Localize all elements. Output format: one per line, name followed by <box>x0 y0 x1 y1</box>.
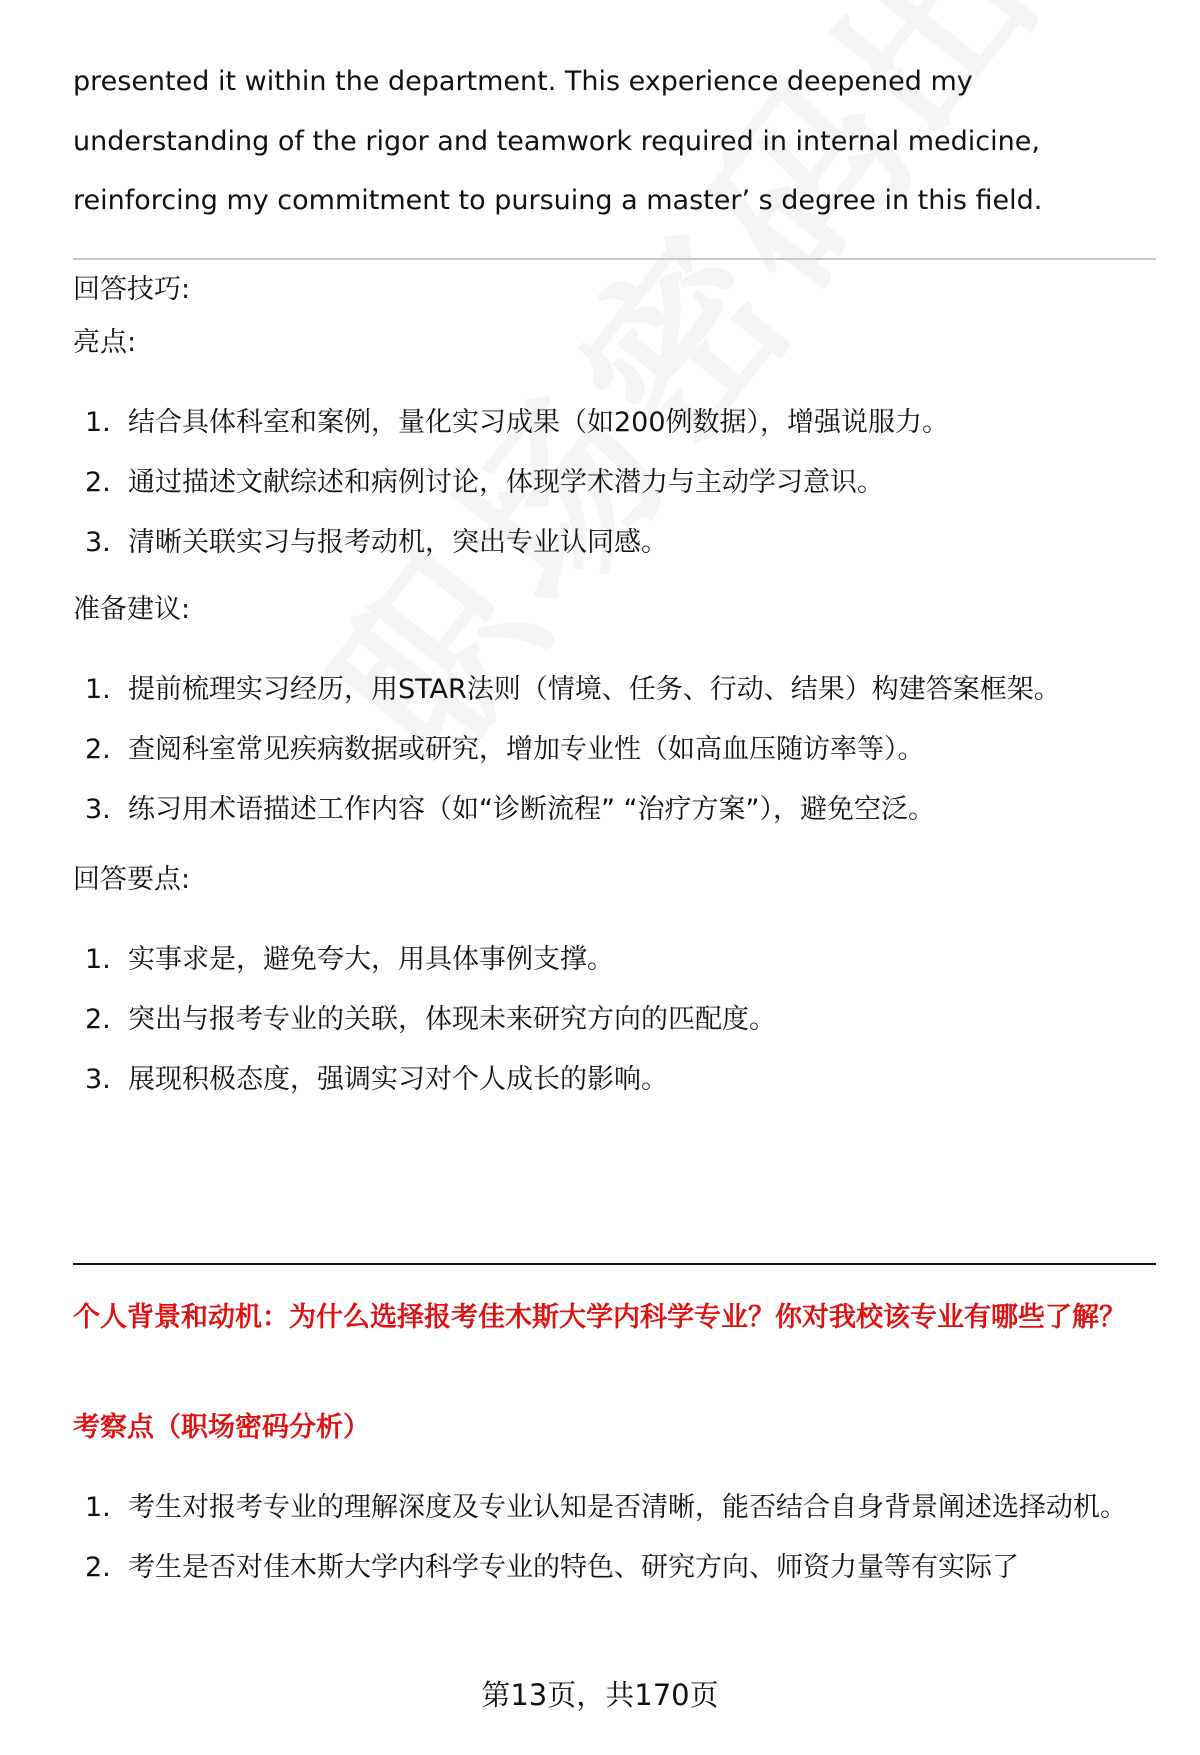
list-item: 3. 清晰关联实习与报考动机，突出专业认同感。 <box>73 513 1158 573</box>
list-number: 3. <box>85 1050 111 1110</box>
list-item-text: 清晰关联实习与报考动机，突出专业认同感。 <box>128 513 1158 573</box>
question-divider <box>73 1263 1156 1265</box>
preparation-label: 准备建议: <box>73 590 190 630</box>
list-item-text: 结合具体科室和案例，量化实习成果（如200例数据），增强说服力。 <box>128 393 1158 453</box>
list-item-text: 展现积极态度，强调实习对个人成长的影响。 <box>128 1050 1158 1110</box>
list-item: 3. 练习用术语描述工作内容（如“诊断流程” “治疗方案”），避免空泛。 <box>73 780 1158 840</box>
list-number: 2. <box>85 720 111 780</box>
list-item-text: 突出与报考专业的关联，体现未来研究方向的匹配度。 <box>128 990 1158 1050</box>
assessment-heading: 考察点（职场密码分析） <box>73 1408 370 1448</box>
list-item-text: 练习用术语描述工作内容（如“诊断流程” “治疗方案”），避免空泛。 <box>128 780 1158 840</box>
highlights-list: 1. 结合具体科室和案例，量化实习成果（如200例数据），增强说服力。 2. 通… <box>73 393 1158 573</box>
assessment-list: 1. 考生对报考专业的理解深度及专业认知是否清晰，能否结合自身背景阐述选择动机。… <box>73 1478 1158 1598</box>
section-divider <box>73 258 1156 260</box>
list-item: 1. 提前梳理实习经历，用STAR法则（情境、任务、行动、结果）构建答案框架。 <box>73 660 1158 720</box>
continued-paragraph: presented it within the department. This… <box>73 52 1163 231</box>
list-item: 2. 突出与报考专业的关联，体现未来研究方向的匹配度。 <box>73 990 1158 1050</box>
list-number: 2. <box>85 1538 111 1598</box>
page-number-footer: 第13页，共170页 <box>0 1675 1200 1715</box>
key-points-label: 回答要点: <box>73 860 190 900</box>
list-item-text: 通过描述文献综述和病例讨论，体现学术潜力与主动学习意识。 <box>128 453 1158 513</box>
list-item: 1. 考生对报考专业的理解深度及专业认知是否清晰，能否结合自身背景阐述选择动机。 <box>73 1478 1158 1538</box>
list-item: 3. 展现积极态度，强调实习对个人成长的影响。 <box>73 1050 1158 1110</box>
preparation-list: 1. 提前梳理实习经历，用STAR法则（情境、任务、行动、结果）构建答案框架。 … <box>73 660 1158 840</box>
paragraph-line: understanding of the rigor and teamwork … <box>73 112 1163 172</box>
list-number: 2. <box>85 990 111 1050</box>
list-item: 2. 考生是否对佳木斯大学内科学专业的特色、研究方向、师资力量等有实际了 <box>73 1538 1158 1598</box>
paragraph-line: reinforcing my commitment to pursuing a … <box>73 171 1163 231</box>
list-item-text: 查阅科室常见疾病数据或研究，增加专业性（如高血压随访率等）。 <box>128 720 1158 780</box>
document-page: 职场密码出品 presented it within the departmen… <box>0 0 1200 1755</box>
list-number: 1. <box>85 1478 111 1538</box>
list-item: 1. 实事求是，避免夸大，用具体事例支撑。 <box>73 930 1158 990</box>
list-item: 2. 查阅科室常见疾病数据或研究，增加专业性（如高血压随访率等）。 <box>73 720 1158 780</box>
list-item: 2. 通过描述文献综述和病例讨论，体现学术潜力与主动学习意识。 <box>73 453 1158 513</box>
list-item-text: 实事求是，避免夸大，用具体事例支撑。 <box>128 930 1158 990</box>
list-number: 3. <box>85 780 111 840</box>
highlights-label: 亮点: <box>73 323 136 363</box>
paragraph-line: presented it within the department. This… <box>73 52 1163 112</box>
answer-tips-label: 回答技巧: <box>73 270 190 310</box>
list-item-text: 提前梳理实习经历，用STAR法则（情境、任务、行动、结果）构建答案框架。 <box>128 660 1158 720</box>
list-item-text: 考生对报考专业的理解深度及专业认知是否清晰，能否结合自身背景阐述选择动机。 <box>128 1478 1158 1538</box>
list-number: 3. <box>85 513 111 573</box>
list-number: 1. <box>85 930 111 990</box>
list-number: 1. <box>85 660 111 720</box>
key-points-list: 1. 实事求是，避免夸大，用具体事例支撑。 2. 突出与报考专业的关联，体现未来… <box>73 930 1158 1110</box>
list-item-text: 考生是否对佳木斯大学内科学专业的特色、研究方向、师资力量等有实际了 <box>128 1538 1158 1598</box>
question-heading: 个人背景和动机：为什么选择报考佳木斯大学内科学专业？你对我校该专业有哪些了解？ <box>73 1298 1158 1338</box>
list-number: 2. <box>85 453 111 513</box>
list-number: 1. <box>85 393 111 453</box>
list-item: 1. 结合具体科室和案例，量化实习成果（如200例数据），增强说服力。 <box>73 393 1158 453</box>
